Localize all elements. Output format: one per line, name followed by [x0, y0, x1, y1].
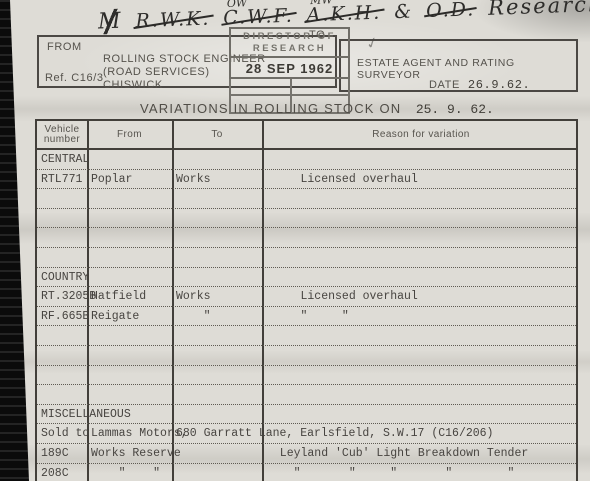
empty-row — [37, 228, 576, 248]
empty-row — [37, 189, 576, 209]
cell-from: ″ ″ — [91, 466, 160, 481]
cell-to: ″ — [176, 309, 211, 324]
column-header-reason: Reason for variation — [262, 121, 580, 148]
handwritten-initials: R.W.K. — [135, 8, 211, 33]
empty-row — [37, 326, 576, 346]
date-label: DATE — [429, 79, 460, 91]
form-title-row: VARIATIONS IN ROLLING STOCK ON 25. 9. 62… — [140, 100, 494, 118]
cell-to: 680 Garratt Lane, Earlsfield, S.W.17 (C1… — [176, 426, 493, 441]
column-header-from: From — [87, 121, 172, 148]
cell-reason: Leyland 'Cub' Light Breakdown Tender — [266, 446, 528, 461]
from-label: FROM — [47, 41, 82, 53]
table-body: CENTRALRTL771PoplarWorks Licensed overha… — [37, 150, 576, 481]
cell-from: Poplar — [91, 172, 132, 187]
cell-vehicle: 189C — [41, 446, 69, 461]
received-stamp: DIRECTOR OF RESEARCH 28 SEP 1962 — [229, 27, 350, 79]
column-header-to: To — [172, 121, 262, 148]
table-row: RTL771PoplarWorks Licensed overhaul — [37, 170, 576, 190]
cell-vehicle: Sold to — [41, 426, 89, 441]
strike-mark: M — [98, 9, 123, 35]
table-row: 189CWorks Reserve Leyland 'Cub' Light Br… — [37, 444, 576, 464]
cell-reason: Licensed overhaul — [266, 172, 418, 187]
form-title: VARIATIONS IN ROLLING STOCK ON — [140, 101, 401, 116]
cell-vehicle: COUNTRY — [41, 270, 89, 285]
handwritten-initials-above: MW — [310, 0, 333, 7]
date-row: DATE26.9.62. — [429, 78, 530, 92]
cell-reason: Licensed overhaul — [266, 289, 418, 304]
section-row: COUNTRY — [37, 268, 576, 288]
form-title-date: 25. 9. 62. — [416, 102, 494, 117]
cell-reason: ″ ″ — [266, 309, 349, 324]
table-header-row: Vehicle number From To Reason for variat… — [37, 121, 576, 150]
handwritten-initials: C.W.F.OW — [223, 5, 294, 29]
stamp-title-line1: DIRECTOR OF — [231, 31, 348, 43]
date-value: 26.9.62. — [468, 78, 530, 92]
cell-from: Hatfield — [91, 289, 146, 304]
empty-row — [37, 346, 576, 366]
cell-vehicle: RTL771 — [41, 172, 82, 187]
section-row: MISCELLANEOUS — [37, 405, 576, 425]
table-row: RT.3205BHatfieldWorks Licensed overhaul — [37, 287, 576, 307]
handwritten-initials-above: OW — [227, 0, 248, 10]
stamp-title-line2: RESEARCH — [231, 43, 348, 55]
empty-row — [37, 248, 576, 268]
column-header-vehicle: Vehicle number — [37, 121, 87, 148]
section-row: CENTRAL — [37, 150, 576, 170]
cell-from: Works Reserve — [91, 446, 181, 461]
cell-vehicle: MISCELLANEOUS — [41, 407, 131, 422]
empty-row — [37, 209, 576, 229]
handwritten-initials: & — [394, 0, 414, 23]
cell-vehicle: RT.3205B — [41, 289, 96, 304]
empty-row — [37, 366, 576, 386]
empty-row — [37, 385, 576, 405]
cell-vehicle: RF.665B — [41, 309, 89, 324]
vehicle-table: Vehicle number From To Reason for variat… — [35, 119, 578, 481]
handwritten-initials: A.K.H.MW — [306, 2, 381, 27]
handwritten-initials: O.D. — [426, 0, 476, 22]
table-row: RF.665BReigate ″ ″ ″ — [37, 307, 576, 327]
cell-from: Lammas Motors, — [91, 426, 188, 441]
ref-number: Ref. C16/3 — [45, 72, 104, 84]
cell-to: Works — [176, 172, 211, 187]
handwritten-initials: Research. — [488, 0, 590, 20]
cell-vehicle: 208C — [41, 466, 69, 481]
cell-to: Works — [176, 289, 211, 304]
table-row: 208C ″ ″ ″ ″ ″ ″ ″ — [37, 464, 576, 481]
table-row: Sold toLammas Motors,680 Garratt Lane, E… — [37, 424, 576, 444]
scanned-form: MR.W.K.C.W.F.OWA.K.H.MW&O.D.Research. FR… — [0, 0, 590, 481]
scanner-edge-shadow — [0, 0, 34, 481]
cell-from: Reigate — [91, 309, 139, 324]
cell-vehicle: CENTRAL — [41, 152, 89, 167]
cell-reason: ″ ″ ″ ″ ″ — [266, 466, 514, 481]
stamp-date: 28 SEP 1962 — [231, 56, 348, 76]
